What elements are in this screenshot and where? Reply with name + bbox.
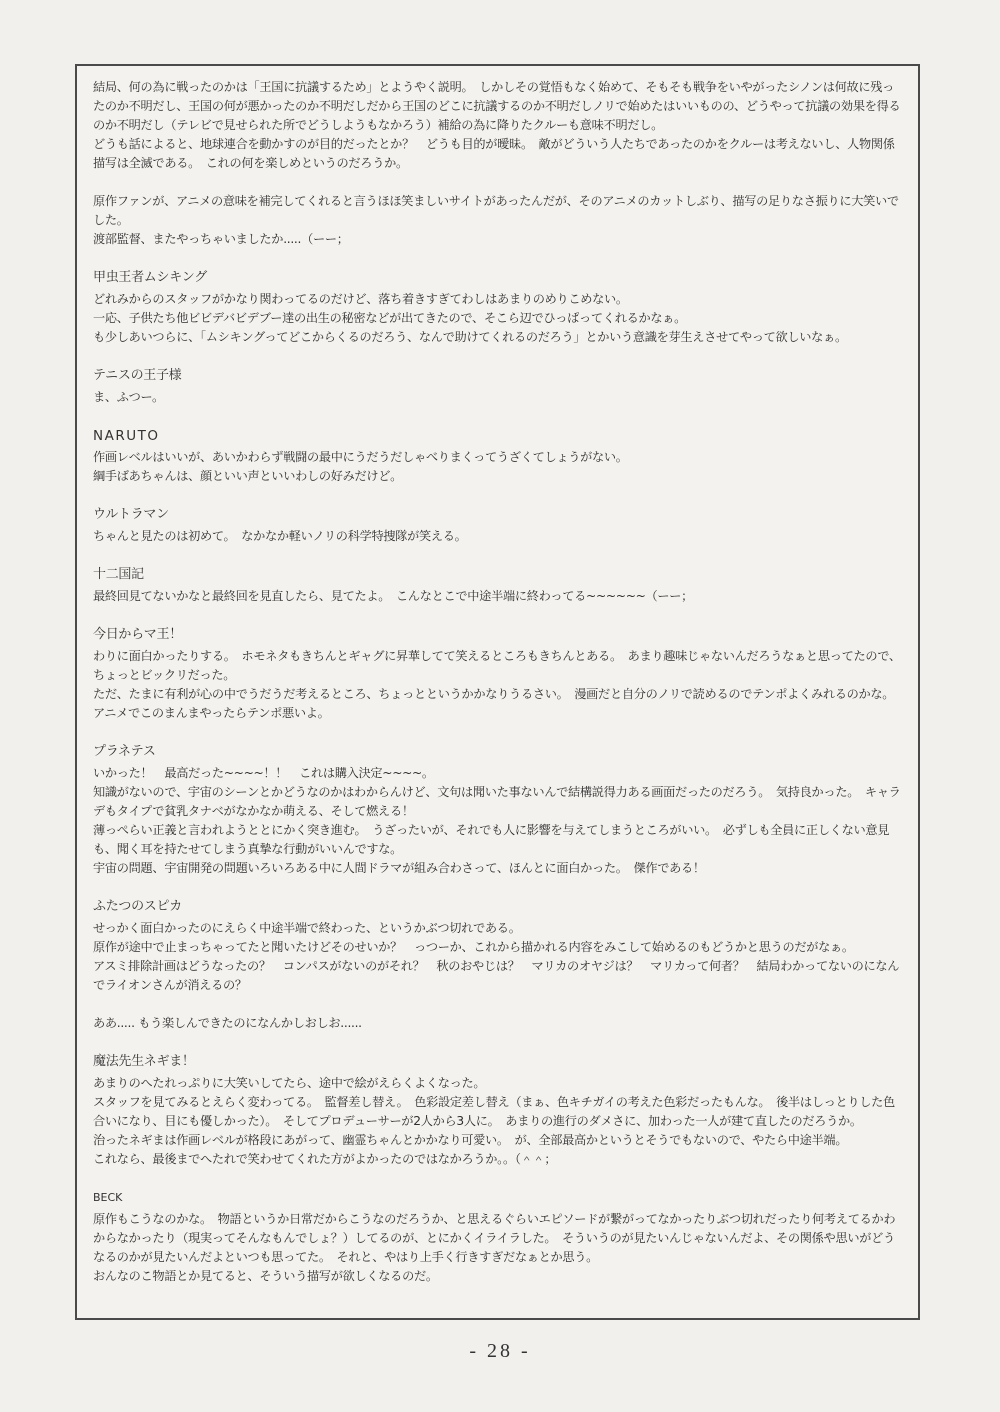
paragraph: どうも話によると、地球連合を動かすのが目的だったとか？ どうも目的が曖昧。 敵が… [93,135,904,173]
paragraph: 原作もこうなのかな。 物語というか日常だからこうなのだろうか、と思えるぐらいエピ… [93,1210,904,1267]
review-beck: BECK 原作もこうなのかな。 物語というか日常だからこうなのだろうか、と思える… [93,1188,904,1286]
paragraph: 宇宙の問題、宇宙開発の問題いろいろある中に人間ドラマが組み合わさって、ほんとに面… [93,859,904,878]
section-title: テニスの王子様 [93,366,904,386]
review-juuni-kokuki: 十二国記 最終回見てないかなと最終回を見直したら、見てたよ。 こんなとこで中途半… [93,565,904,606]
paragraph: わりに面白かったりする。 ホモネタもきちんとギャグに昇華してて笑えるところもきち… [93,647,904,685]
intro2-block: 原作ファンが、アニメの意味を補完してくれると言うほほ笑ましいサイトがあったんだが… [93,192,904,249]
review-spica-afterword: ああ..... もう楽しんできたのになんかしおしお...... [93,1014,904,1033]
review-ultraman: ウルトラマン ちゃんと見たのは初めて。 なかなか軽いノリの科学特捜隊が笑える。 [93,505,904,546]
paragraph: ただ、たまに有利が心の中でうだうだ考えるところ、ちょっとというかかなりうるさい。… [93,685,904,723]
section-title: 甲虫王者ムシキング [93,268,904,288]
paragraph: 結局、何の為に戦ったのかは「王国に抗議するため」とようやく説明。 しかしその覚悟… [93,78,904,135]
review-mushiking: 甲虫王者ムシキング どれみからのスタッフがかなり関わってるのだけど、落ち着きすぎ… [93,268,904,347]
paragraph: ちゃんと見たのは初めて。 なかなか軽いノリの科学特捜隊が笑える。 [93,527,904,546]
section-title: 今日からマ王！ [93,625,904,645]
review-planetes: プラネテス いかった！ 最高だった~~~~！！ これは購入決定~~~~。 知識が… [93,742,904,878]
paragraph: 原作ファンが、アニメの意味を補完してくれると言うほほ笑ましいサイトがあったんだが… [93,192,904,230]
paragraph: 一応、子供たち他ビビデバビデブー達の出生の秘密などが出てきたので、そこら辺でひっ… [93,309,904,328]
paragraph: おんなのこ物語とか見てると、そういう描写が欲しくなるのだ。 [93,1267,904,1286]
paragraph: 最終回見てないかなと最終回を見直したら、見てたよ。 こんなとこで中途半端に終わっ… [93,587,904,606]
paragraph: せっかく面白かったのにえらく中途半端で終わった、というかぶつ切れである。 [93,919,904,938]
intro-block: 結局、何の為に戦ったのかは「王国に抗議するため」とようやく説明。 しかしその覚悟… [93,78,904,173]
review-naruto: NARUTO 作画レベルはいいが、あいかわらず戦闘の最中にうだうだしゃべりまくっ… [93,426,904,486]
section-title: 十二国記 [93,565,904,585]
section-title: 魔法先生ネギま！ [93,1052,904,1072]
paragraph: これなら、最後までへたれで笑わせてくれた方がよかったのではなかろうか。。（＾＾； [93,1150,904,1169]
paragraph: ま、ふつー。 [93,388,904,407]
text-frame: 結局、何の為に戦ったのかは「王国に抗議するため」とようやく説明。 しかしその覚悟… [75,64,920,1320]
section-title: プラネテス [93,742,904,762]
paragraph: 渡部監督、またやっちゃいましたか.....（ーー； [93,230,904,249]
page-number: - 28 - [0,1340,1000,1363]
paragraph: 治ったネギまは作画レベルが格段にあがって、幽霊ちゃんとかかなり可愛い。 が、全部… [93,1131,904,1150]
paragraph: 作画レベルはいいが、あいかわらず戦闘の最中にうだうだしゃべりまくってうざくてしょ… [93,448,904,467]
paragraph: どれみからのスタッフがかなり関わってるのだけど、落ち着きすぎてわしはあまりのめり… [93,290,904,309]
paragraph: あまりのへたれっぷりに大笑いしてたら、途中で絵がえらくよくなった。 [93,1074,904,1093]
paragraph: 綱手ばあちゃんは、顔といい声といいわしの好みだけど。 [93,467,904,486]
section-title: ウルトラマン [93,505,904,525]
paragraph: 薄っぺらい正義と言われようととにかく突き進む。 うざったいが、それでも人に影響を… [93,821,904,859]
paragraph: 知識がないので、宇宙のシーンとかどうなのかはわからんけど、文句は聞いた事ないんで… [93,783,904,821]
review-tennis: テニスの王子様 ま、ふつー。 [93,366,904,407]
paragraph: アスミ排除計画はどうなったの？ コンパスがないのがそれ？ 秋のおやじは？ マリカ… [93,957,904,995]
paragraph: 原作が途中で止まっちゃってたと聞いたけどそのせいか？ っつーか、これから描かれる… [93,938,904,957]
section-title: BECK [93,1188,904,1208]
review-maou: 今日からマ王！ わりに面白かったりする。 ホモネタもきちんとギャグに昇華してて笑… [93,625,904,723]
paragraph: も少しあいつらに、「ムシキングってどこからくるのだろう、なんで助けてくれるのだろ… [93,328,904,347]
paragraph: スタッフを見てみるとえらく変わってる。 監督差し替え。 色彩設定差し替え（まぁ、… [93,1093,904,1131]
section-title: ふたつのスピカ [93,897,904,917]
review-spica: ふたつのスピカ せっかく面白かったのにえらく中途半端で終わった、というかぶつ切れ… [93,897,904,995]
section-title: NARUTO [93,426,904,446]
paragraph: ああ..... もう楽しんできたのになんかしおしお...... [93,1014,904,1033]
review-negima: 魔法先生ネギま！ あまりのへたれっぷりに大笑いしてたら、途中で絵がえらくよくなっ… [93,1052,904,1169]
article-body: 結局、何の為に戦ったのかは「王国に抗議するため」とようやく説明。 しかしその覚悟… [93,78,904,1305]
paragraph: いかった！ 最高だった~~~~！！ これは購入決定~~~~。 [93,764,904,783]
